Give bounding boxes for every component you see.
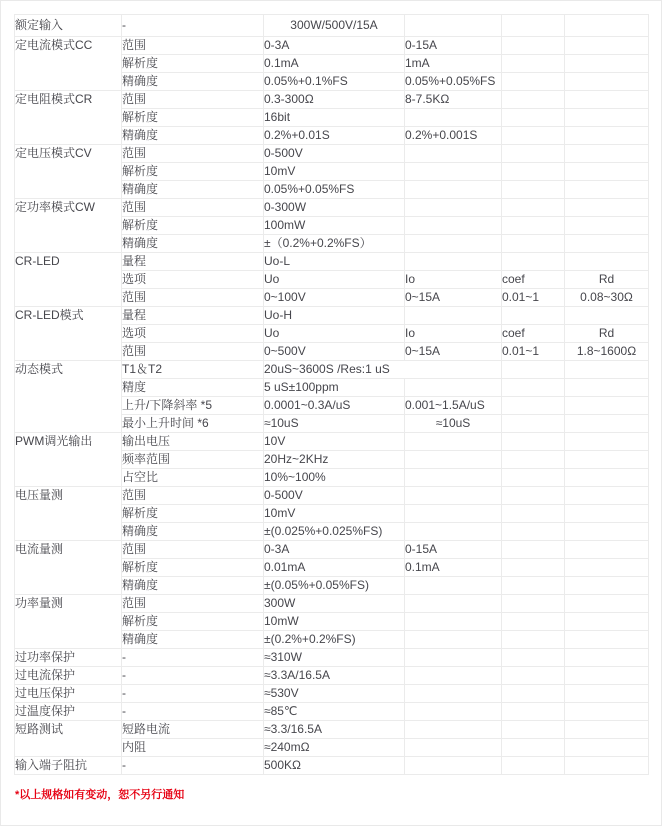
- spec-empty-cell: [565, 73, 649, 91]
- spec-group-label: 定电阻模式CR: [15, 91, 122, 145]
- spec-empty-cell: [502, 199, 565, 217]
- spec-group-label: CR-LED: [15, 253, 122, 307]
- spec-param-cell: 精确度: [122, 577, 264, 595]
- spec-empty-cell: [565, 505, 649, 523]
- spec-empty-cell: [405, 163, 502, 181]
- spec-param-cell: 精确度: [122, 631, 264, 649]
- spec-value-cell: 300W: [264, 595, 405, 613]
- spec-empty-cell: [565, 181, 649, 199]
- spec-param-cell: 解析度: [122, 55, 264, 73]
- spec-empty-cell: [565, 559, 649, 577]
- spec-value-cell: 0.3-300Ω: [264, 91, 405, 109]
- spec-value-cell: ≈240mΩ: [264, 739, 405, 757]
- spec-value-cell: Uo: [264, 325, 405, 343]
- spec-value-cell: 0-15A: [405, 541, 502, 559]
- spec-value-cell: 0.01~1: [502, 289, 565, 307]
- spec-value-cell: 1.8~1600Ω: [565, 343, 649, 361]
- spec-value-cell: ±（0.2%+0.2%FS）: [264, 235, 405, 253]
- spec-empty-cell: [502, 235, 565, 253]
- spec-empty-cell: [565, 739, 649, 757]
- spec-empty-cell: [502, 415, 565, 433]
- spec-empty-cell: [502, 37, 565, 55]
- spec-value-cell: 10mV: [264, 505, 405, 523]
- spec-value-cell: ±(0.025%+0.025%FS): [264, 523, 405, 541]
- spec-empty-cell: [405, 253, 502, 271]
- spec-empty-cell: [405, 109, 502, 127]
- spec-param-cell: 内阻: [122, 739, 264, 757]
- spec-row: 定电阻模式CR范围0.3-300Ω8-7.5KΩ: [15, 91, 649, 109]
- spec-empty-cell: [565, 451, 649, 469]
- spec-empty-cell: [565, 667, 649, 685]
- spec-page: 额定输入-300W/500V/15A定电流模式CC范围0-3A0-15A解析度0…: [0, 0, 662, 826]
- spec-param-cell: 解析度: [122, 505, 264, 523]
- spec-param-cell: 量程: [122, 307, 264, 325]
- spec-empty-cell: [565, 415, 649, 433]
- spec-empty-cell: [502, 145, 565, 163]
- spec-empty-cell: [405, 649, 502, 667]
- spec-empty-cell: [565, 595, 649, 613]
- spec-change-footnote: *以上规格如有变动，恕不另行通知: [15, 786, 661, 802]
- spec-empty-cell: [502, 613, 565, 631]
- spec-value-cell: 0~100V: [264, 289, 405, 307]
- spec-param-cell: 范围: [122, 343, 264, 361]
- spec-row: CR-LED模式量程Uo-H: [15, 307, 649, 325]
- spec-group-label: 定电流模式CC: [15, 37, 122, 91]
- spec-value-cell: 10V: [264, 433, 405, 451]
- spec-group-label: CR-LED模式: [15, 307, 122, 361]
- spec-group-label: 过温度保护: [15, 703, 122, 721]
- spec-empty-cell: [405, 505, 502, 523]
- spec-row: 定功率模式CW范围0-300W: [15, 199, 649, 217]
- spec-row: 过电压保护-≈530V: [15, 685, 649, 703]
- spec-param-cell: 范围: [122, 145, 264, 163]
- spec-empty-cell: [565, 433, 649, 451]
- spec-empty-cell: [502, 631, 565, 649]
- spec-row: CR-LED量程Uo-L: [15, 253, 649, 271]
- spec-param-cell: -: [122, 757, 264, 775]
- spec-row: 功率量测范围300W: [15, 595, 649, 613]
- spec-empty-cell: [405, 613, 502, 631]
- spec-group-label: 短路测试: [15, 721, 122, 757]
- spec-empty-cell: [565, 703, 649, 721]
- spec-param-cell: 范围: [122, 541, 264, 559]
- spec-param-cell: 范围: [122, 91, 264, 109]
- spec-empty-cell: [565, 613, 649, 631]
- spec-empty-cell: [502, 757, 565, 775]
- spec-param-cell: 范围: [122, 595, 264, 613]
- spec-empty-cell: [405, 703, 502, 721]
- spec-empty-cell: [502, 433, 565, 451]
- spec-value-cell: Uo-L: [264, 253, 405, 271]
- spec-param-cell: 范围: [122, 289, 264, 307]
- spec-value-cell: 0.2%+0.001S: [405, 127, 502, 145]
- spec-empty-cell: [405, 487, 502, 505]
- spec-group-label: 电压量测: [15, 487, 122, 541]
- spec-empty-cell: [565, 127, 649, 145]
- spec-empty-cell: [565, 15, 649, 37]
- spec-row: 过电流保护-≈3.3A/16.5A: [15, 667, 649, 685]
- spec-empty-cell: [502, 469, 565, 487]
- spec-empty-cell: [565, 541, 649, 559]
- spec-value-cell: ≈10uS: [264, 415, 405, 433]
- spec-empty-cell: [502, 451, 565, 469]
- spec-empty-cell: [502, 541, 565, 559]
- spec-empty-cell: [565, 379, 649, 397]
- spec-empty-cell: [405, 667, 502, 685]
- spec-row: 动态模式T1＆T220uS~3600S /Res:1 uS: [15, 361, 649, 379]
- spec-param-cell: 占空比: [122, 469, 264, 487]
- spec-value-cell: 16bit: [264, 109, 405, 127]
- spec-param-cell: -: [122, 703, 264, 721]
- spec-empty-cell: [565, 721, 649, 739]
- spec-param-cell: 短路电流: [122, 721, 264, 739]
- spec-value-cell: 1mA: [405, 55, 502, 73]
- spec-value-cell: Io: [405, 325, 502, 343]
- spec-row: 定电流模式CC范围0-3A0-15A: [15, 37, 649, 55]
- spec-value-cell: 0~15A: [405, 343, 502, 361]
- spec-row: 过温度保护-≈85℃: [15, 703, 649, 721]
- spec-value-cell: 300W/500V/15A: [264, 15, 405, 37]
- spec-value-cell: 0.2%+0.01S: [264, 127, 405, 145]
- spec-empty-cell: [405, 595, 502, 613]
- spec-empty-cell: [502, 739, 565, 757]
- spec-empty-cell: [502, 55, 565, 73]
- spec-row: PWM调光输出输出电压10V: [15, 433, 649, 451]
- spec-empty-cell: [565, 217, 649, 235]
- spec-empty-cell: [565, 523, 649, 541]
- spec-empty-cell: [502, 559, 565, 577]
- spec-param-cell: 精确度: [122, 235, 264, 253]
- spec-group-label: 定功率模式CW: [15, 199, 122, 253]
- spec-param-cell: 最小上升时间 *6: [122, 415, 264, 433]
- spec-param-cell: 解析度: [122, 613, 264, 631]
- spec-empty-cell: [565, 631, 649, 649]
- spec-empty-cell: [502, 523, 565, 541]
- spec-empty-cell: [502, 181, 565, 199]
- spec-empty-cell: [405, 685, 502, 703]
- spec-empty-cell: [565, 91, 649, 109]
- spec-param-cell: T1＆T2: [122, 361, 264, 379]
- spec-param-cell: 选项: [122, 325, 264, 343]
- spec-empty-cell: [565, 37, 649, 55]
- spec-empty-cell: [502, 667, 565, 685]
- spec-empty-cell: [565, 487, 649, 505]
- spec-value-cell: 0.08~30Ω: [565, 289, 649, 307]
- spec-param-cell: 范围: [122, 37, 264, 55]
- spec-value-cell: Uo-H: [264, 307, 405, 325]
- spec-empty-cell: [502, 397, 565, 415]
- spec-group-label: 动态模式: [15, 361, 122, 433]
- spec-value-cell: ≈3.3A/16.5A: [264, 667, 405, 685]
- spec-empty-cell: [565, 163, 649, 181]
- spec-value-cell: 0.05%+0.1%FS: [264, 73, 405, 91]
- spec-param-cell: 上升/下降斜率 *5: [122, 397, 264, 415]
- spec-group-label: 定电压模式CV: [15, 145, 122, 199]
- spec-empty-cell: [502, 217, 565, 235]
- spec-row: 短路测试短路电流≈3.3/16.5A: [15, 721, 649, 739]
- spec-param-cell: 精度: [122, 379, 264, 397]
- spec-value-cell: 0-3A: [264, 541, 405, 559]
- spec-value-cell: 10mV: [264, 163, 405, 181]
- spec-value-cell: 100mW: [264, 217, 405, 235]
- spec-row: 输入端子阻抗-500KΩ: [15, 757, 649, 775]
- spec-empty-cell: [405, 577, 502, 595]
- spec-param-cell: 精确度: [122, 181, 264, 199]
- spec-empty-cell: [502, 649, 565, 667]
- spec-empty-cell: [565, 109, 649, 127]
- spec-empty-cell: [565, 253, 649, 271]
- spec-param-cell: 输出电压: [122, 433, 264, 451]
- spec-empty-cell: [502, 721, 565, 739]
- spec-param-cell: 精确度: [122, 127, 264, 145]
- spec-empty-cell: [565, 469, 649, 487]
- spec-param-cell: 解析度: [122, 559, 264, 577]
- spec-value-cell: 5 uS±100ppm: [264, 379, 405, 397]
- spec-empty-cell: [502, 685, 565, 703]
- spec-value-cell: 500KΩ: [264, 757, 405, 775]
- spec-value-cell: ≈85℃: [264, 703, 405, 721]
- spec-empty-cell: [405, 433, 502, 451]
- spec-empty-cell: [405, 145, 502, 163]
- spec-empty-cell: [405, 217, 502, 235]
- spec-empty-cell: [502, 487, 565, 505]
- spec-value-cell: 0.0001~0.3A/uS: [264, 397, 405, 415]
- spec-empty-cell: [502, 163, 565, 181]
- spec-empty-cell: [565, 145, 649, 163]
- spec-empty-cell: [502, 127, 565, 145]
- spec-group-label: PWM调光输出: [15, 433, 122, 487]
- spec-empty-cell: [565, 577, 649, 595]
- spec-empty-cell: [405, 181, 502, 199]
- spec-empty-cell: [502, 595, 565, 613]
- spec-value-cell: 0.01~1: [502, 343, 565, 361]
- spec-value-cell: ≈3.3/16.5A: [264, 721, 405, 739]
- spec-row: 过功率保护-≈310W: [15, 649, 649, 667]
- spec-param-cell: 解析度: [122, 109, 264, 127]
- spec-param-cell: -: [122, 15, 264, 37]
- spec-empty-cell: [502, 379, 565, 397]
- spec-empty-cell: [565, 55, 649, 73]
- spec-empty-cell: [502, 15, 565, 37]
- spec-value-cell: 0.01mA: [264, 559, 405, 577]
- spec-value-cell: 10mW: [264, 613, 405, 631]
- spec-value-cell: 0-500V: [264, 145, 405, 163]
- spec-param-cell: 量程: [122, 253, 264, 271]
- spec-value-cell: 0-3A: [264, 37, 405, 55]
- spec-empty-cell: [405, 379, 502, 397]
- spec-table: 额定输入-300W/500V/15A定电流模式CC范围0-3A0-15A解析度0…: [14, 14, 649, 775]
- spec-value-cell: ≈310W: [264, 649, 405, 667]
- spec-empty-cell: [405, 199, 502, 217]
- spec-value-cell: 0~500V: [264, 343, 405, 361]
- spec-row: 额定输入-300W/500V/15A: [15, 15, 649, 37]
- spec-value-cell: ≈10uS: [405, 415, 502, 433]
- spec-param-cell: -: [122, 649, 264, 667]
- spec-empty-cell: [502, 505, 565, 523]
- spec-empty-cell: [502, 361, 565, 379]
- spec-value-cell: 0.05%+0.05%FS: [264, 181, 405, 199]
- spec-value-cell: 0.001~1.5A/uS: [405, 397, 502, 415]
- spec-value-cell: Io: [405, 271, 502, 289]
- spec-group-label: 过电压保护: [15, 685, 122, 703]
- spec-value-cell: Rd: [565, 271, 649, 289]
- spec-empty-cell: [565, 235, 649, 253]
- spec-value-cell: 0.1mA: [405, 559, 502, 577]
- spec-group-label: 过电流保护: [15, 667, 122, 685]
- spec-empty-cell: [502, 73, 565, 91]
- spec-empty-cell: [405, 721, 502, 739]
- spec-value-cell: 20uS~3600S /Res:1 uS: [264, 361, 502, 379]
- spec-param-cell: 范围: [122, 487, 264, 505]
- spec-empty-cell: [405, 739, 502, 757]
- spec-empty-cell: [405, 451, 502, 469]
- spec-value-cell: 20Hz~2KHz: [264, 451, 405, 469]
- spec-param-cell: 选项: [122, 271, 264, 289]
- spec-value-cell: 0.1mA: [264, 55, 405, 73]
- spec-param-cell: 精确度: [122, 523, 264, 541]
- spec-value-cell: coef: [502, 325, 565, 343]
- spec-value-cell: 0.05%+0.05%FS: [405, 73, 502, 91]
- spec-empty-cell: [405, 757, 502, 775]
- spec-param-cell: 精确度: [122, 73, 264, 91]
- spec-group-label: 过功率保护: [15, 649, 122, 667]
- spec-value-cell: ±(0.2%+0.2%FS): [264, 631, 405, 649]
- spec-empty-cell: [502, 91, 565, 109]
- spec-param-cell: -: [122, 667, 264, 685]
- spec-value-cell: Uo: [264, 271, 405, 289]
- spec-empty-cell: [565, 307, 649, 325]
- spec-param-cell: -: [122, 685, 264, 703]
- spec-value-cell: ±(0.05%+0.05%FS): [264, 577, 405, 595]
- spec-empty-cell: [502, 703, 565, 721]
- spec-value-cell: 0~15A: [405, 289, 502, 307]
- spec-empty-cell: [502, 253, 565, 271]
- spec-empty-cell: [405, 235, 502, 253]
- spec-group-label: 功率量测: [15, 595, 122, 649]
- spec-empty-cell: [565, 649, 649, 667]
- spec-value-cell: ≈530V: [264, 685, 405, 703]
- spec-value-cell: Rd: [565, 325, 649, 343]
- spec-value-cell: coef: [502, 271, 565, 289]
- spec-empty-cell: [502, 109, 565, 127]
- spec-empty-cell: [565, 757, 649, 775]
- spec-row: 定电压模式CV范围0-500V: [15, 145, 649, 163]
- spec-empty-cell: [405, 307, 502, 325]
- spec-row: 电流量测范围0-3A0-15A: [15, 541, 649, 559]
- spec-empty-cell: [502, 307, 565, 325]
- spec-empty-cell: [565, 685, 649, 703]
- spec-value-cell: 0-500V: [264, 487, 405, 505]
- spec-empty-cell: [405, 469, 502, 487]
- spec-param-cell: 频率范围: [122, 451, 264, 469]
- spec-empty-cell: [502, 577, 565, 595]
- spec-value-cell: 8-7.5KΩ: [405, 91, 502, 109]
- spec-value-cell: 0-300W: [264, 199, 405, 217]
- spec-param-cell: 解析度: [122, 163, 264, 181]
- spec-group-label: 输入端子阻抗: [15, 757, 122, 775]
- spec-value-cell: 10%~100%: [264, 469, 405, 487]
- spec-param-cell: 解析度: [122, 217, 264, 235]
- spec-empty-cell: [405, 523, 502, 541]
- spec-empty-cell: [565, 361, 649, 379]
- spec-group-label: 额定输入: [15, 15, 122, 37]
- spec-group-label: 电流量测: [15, 541, 122, 595]
- spec-empty-cell: [405, 15, 502, 37]
- spec-value-cell: 0-15A: [405, 37, 502, 55]
- spec-param-cell: 范围: [122, 199, 264, 217]
- spec-empty-cell: [565, 397, 649, 415]
- spec-empty-cell: [565, 199, 649, 217]
- spec-row: 电压量测范围0-500V: [15, 487, 649, 505]
- spec-empty-cell: [405, 631, 502, 649]
